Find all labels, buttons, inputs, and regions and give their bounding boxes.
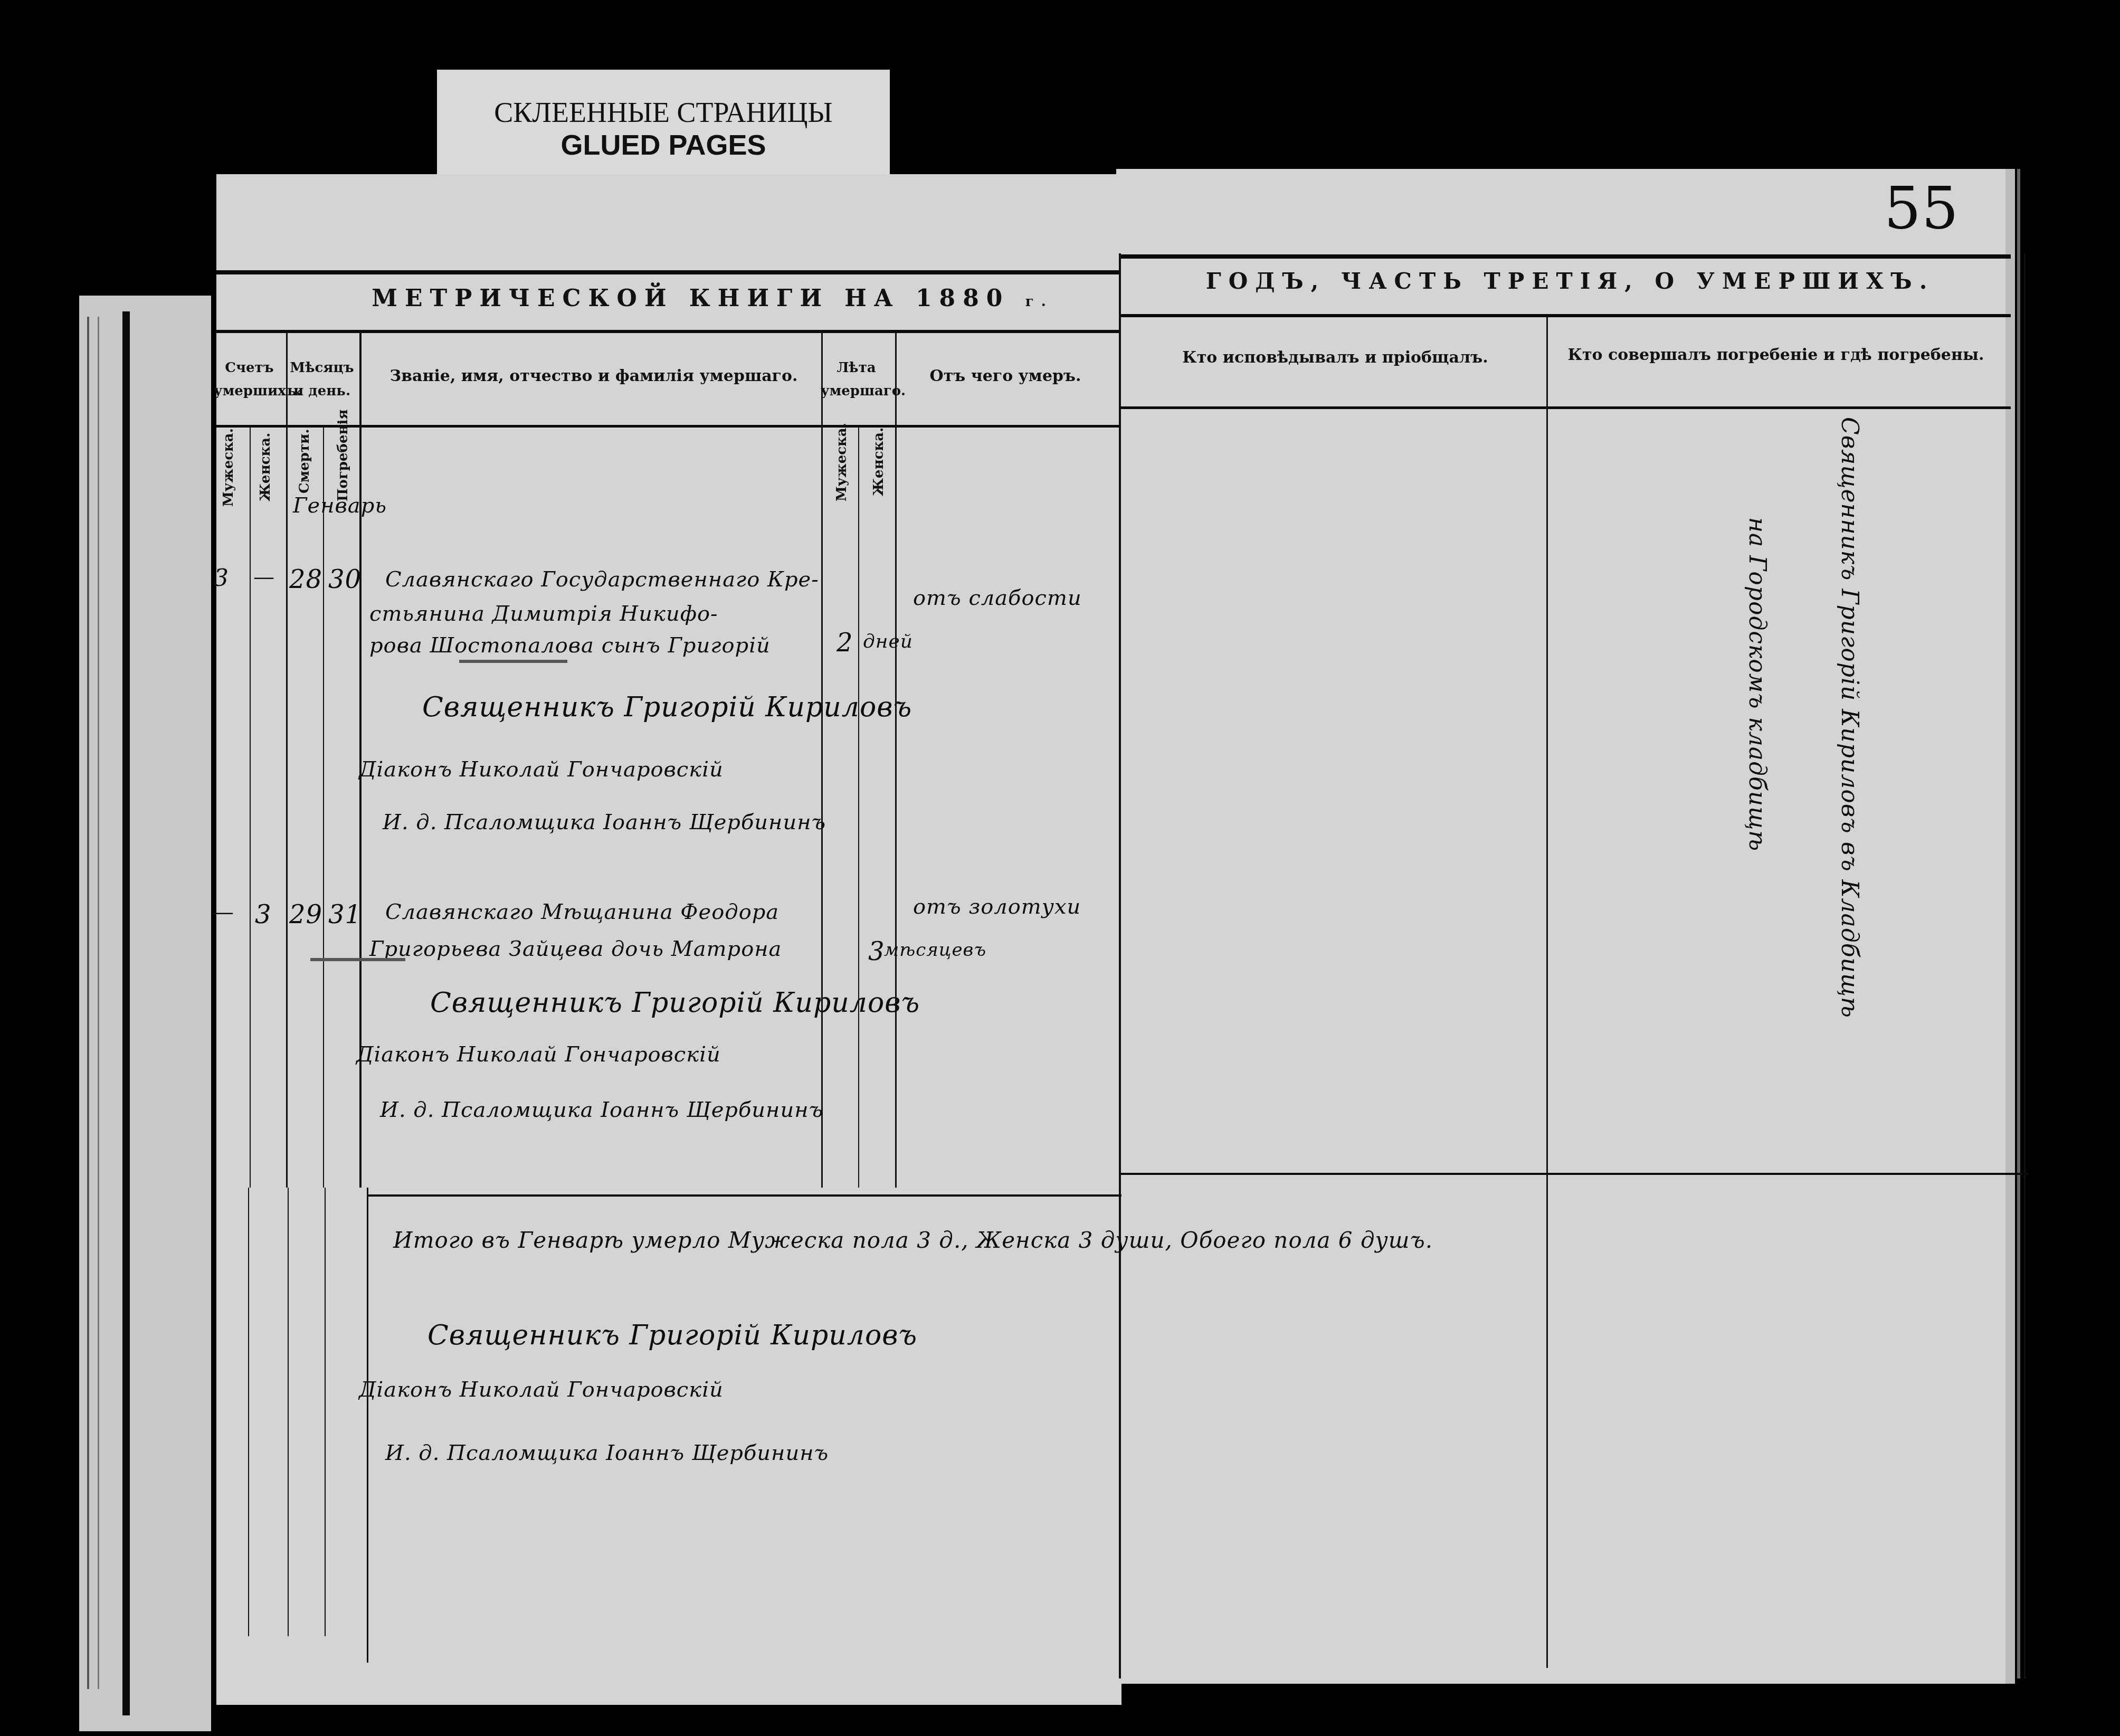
- signature-deacon: Діаконъ Николай Гончаровскій: [359, 757, 724, 782]
- signature-psalmist: И. д. Псаломщика Іоаннъ Щербининъ: [380, 1098, 823, 1122]
- entry-name-line: Славянскаго Государственнаго Кре-: [385, 567, 819, 592]
- header-top-rule: [216, 330, 1119, 333]
- subheader-burial: Погребенія: [335, 409, 351, 501]
- col-line: [325, 1188, 326, 1636]
- subheader-count-male: Мужеска.: [221, 428, 236, 507]
- col-line: [895, 333, 897, 1188]
- col-line: [323, 428, 324, 1188]
- subheader-age-male: Мужеска.: [834, 423, 850, 501]
- signature-priest: Священникъ Григорій Кириловъ: [422, 691, 912, 723]
- header-age: Лѣта умершаго.: [821, 356, 892, 403]
- entry-count-male: —: [213, 900, 234, 924]
- left-page-title-suffix: г.: [1025, 294, 1053, 310]
- col-line: [288, 1188, 289, 1636]
- signature-priest: Священникъ Григорій Кириловъ: [430, 987, 920, 1019]
- entry-cause: отъ слабости: [913, 586, 1082, 610]
- right-page: [1116, 169, 2013, 1684]
- title-top-rule: [216, 270, 1119, 274]
- header-month-day: Мѣсяцъ и день.: [288, 356, 356, 403]
- glued-pages-card: СКЛЕЕННЫЕ СТРАНИЦЫ GLUED PAGES: [437, 70, 890, 181]
- page-stack-line: [122, 311, 130, 1715]
- entry-age-unit: мѣсяцевъ: [884, 940, 986, 961]
- summary-signature-priest: Священникъ Григорій Кириловъ: [427, 1320, 917, 1351]
- header-top-rule-right: [1119, 314, 2011, 317]
- summary-divider: [367, 1194, 1121, 1197]
- left-page-title-text: МЕТРИЧЕСКОЙ КНИГИ НА 1880: [372, 285, 1010, 312]
- entry-name-line: рова Шостопалова сынъ Григорій: [369, 633, 771, 658]
- entry-cause: отъ золотухи: [913, 895, 1081, 919]
- subheader-age-female: Женска.: [871, 428, 887, 496]
- right-page-edge-line: [2017, 169, 2020, 1678]
- right-page-edge: [2005, 169, 2015, 1684]
- entry-burial-day: 30: [328, 565, 362, 594]
- col-line: [248, 1188, 249, 1636]
- glued-pages-label-ru: СКЛЕЕННЫЕ СТРАНИЦЫ: [437, 96, 890, 129]
- col-line: [250, 428, 251, 1188]
- header-cause: Отъ чего умеръ.: [897, 367, 1114, 385]
- entry-burial-day: 31: [328, 900, 362, 929]
- col-line: [286, 333, 288, 1188]
- right-page-title: ГОДЪ, ЧАСТЬ ТРЕТІЯ, О УМЕРШИХЪ.: [1135, 268, 2005, 294]
- entry-name-line: Григорьева Зайцева дочь Матрона: [369, 937, 782, 961]
- entry-count-male: 3: [214, 565, 229, 592]
- header-bottom-rule: [216, 425, 1119, 428]
- summary-signature-deacon: Діаконъ Николай Гончаровскій: [359, 1378, 724, 1402]
- entry-name-line: Славянскаго Мѣщанина Феодора: [385, 900, 779, 924]
- col-line: [2024, 253, 2026, 1678]
- summary-signature-psalmist: И. д. Псаломщика Іоаннъ Щербининъ: [385, 1441, 829, 1465]
- title-top-rule-right: [1119, 254, 2011, 259]
- summary-divider-right: [1121, 1173, 2029, 1175]
- surname-underline: [459, 660, 567, 663]
- month-label: Генварь: [293, 494, 387, 518]
- subheader-count-female: Женска.: [258, 433, 273, 501]
- entry-name-line: стьянина Димитрія Никифо-: [369, 602, 718, 626]
- signature-deacon: Діаконъ Николай Гончаровскій: [356, 1042, 721, 1067]
- subheader-death: Смерти.: [297, 429, 312, 494]
- entry-age: 3: [868, 937, 885, 966]
- entry-death-day: 28: [289, 565, 322, 594]
- col-line: [1119, 253, 1121, 1678]
- col-line: [858, 428, 859, 1188]
- header-name: Званіе, имя, отчество и фамилія умершаго…: [369, 367, 818, 385]
- entry-age-unit: дней: [863, 631, 913, 652]
- burial-note-line: на Городскомъ кладбищѣ: [1744, 517, 1771, 851]
- signature-psalmist: И. д. Псаломщика Іоаннъ Щербининъ: [383, 810, 826, 834]
- entry-age: 2: [836, 628, 853, 658]
- summary-text: Итого въ Генварѣ умерло Мужеска пола 3 д…: [393, 1227, 1433, 1253]
- header-count: Счетъ умершихъ.: [214, 356, 285, 403]
- glued-pages-label-en: GLUED PAGES: [437, 129, 890, 162]
- col-line: [821, 333, 823, 1188]
- page-stack-line: [87, 317, 89, 1689]
- surname-underline-entry2: [310, 958, 405, 961]
- header-bottom-rule-right: [1119, 406, 2011, 409]
- col-line: [1546, 317, 1548, 1668]
- burial-note-line: Священникъ Григорій Кириловъ въ Кладбищѣ: [1836, 417, 1863, 1018]
- header-burial-who: Кто совершалъ погребеніе и гдѣ погребены…: [1549, 346, 2003, 364]
- page-number: 55: [1884, 174, 1959, 242]
- page-stack-line: [98, 317, 99, 1689]
- left-page-title: МЕТРИЧЕСКОЙ КНИГИ НА 1880 г.: [369, 285, 1056, 312]
- entry-count-female: —: [253, 565, 275, 589]
- col-line: [367, 1188, 368, 1663]
- header-confessor: Кто исповѣдывалъ и пріобщалъ.: [1129, 348, 1541, 367]
- entry-death-day: 29: [289, 900, 322, 929]
- entry-count-female: 3: [255, 900, 272, 929]
